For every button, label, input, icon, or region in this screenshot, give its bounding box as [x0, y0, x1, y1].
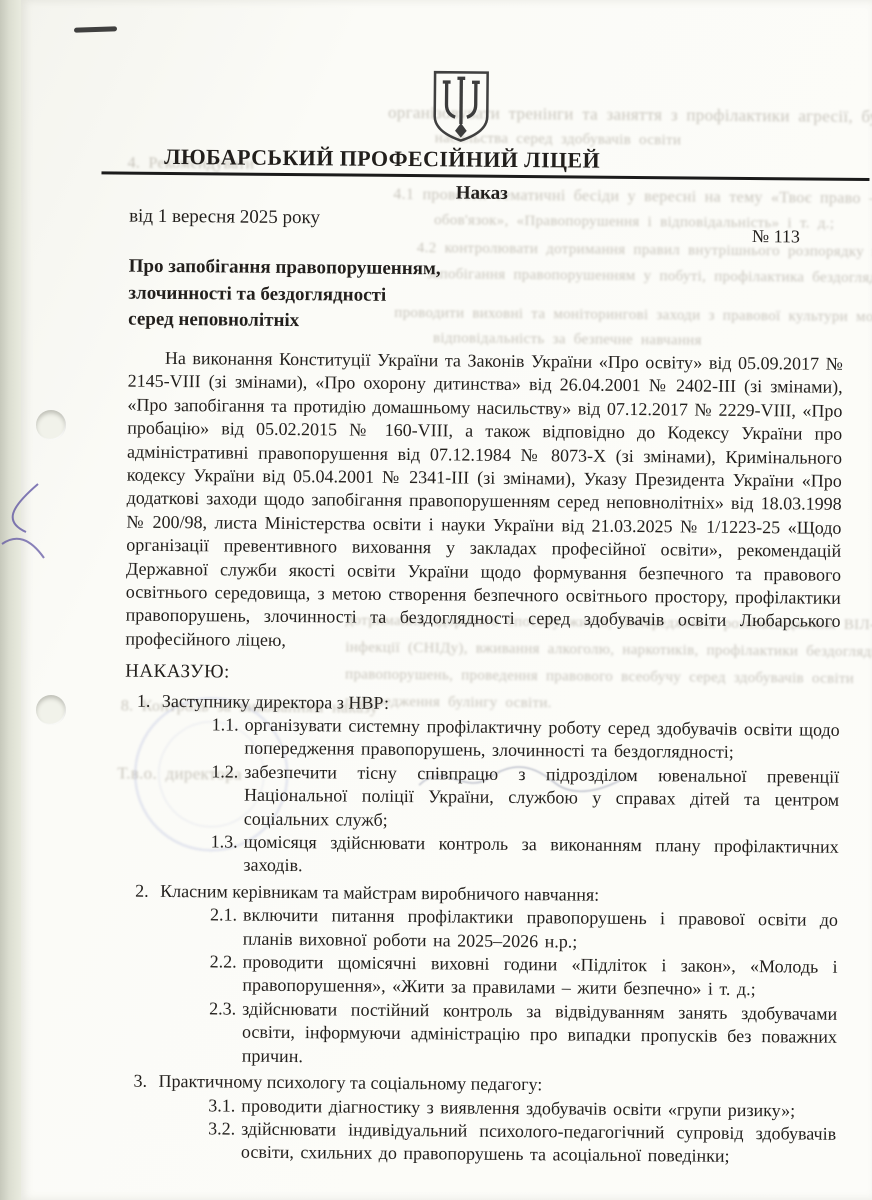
subitem-number: 2.3. — [209, 997, 242, 1021]
item-title: Заступнику директора з НВР: — [162, 691, 389, 713]
item-number: 1. — [137, 689, 162, 713]
date-row: від 1 вересня 2025 року № 113 — [129, 205, 844, 241]
doc-date: від 1 вересня 2025 року — [129, 206, 320, 229]
punch-hole-bottom — [36, 695, 66, 725]
subitem-number: 1.3. — [211, 830, 244, 854]
subitem-text: проводити щомісячні виховні години «Підл… — [242, 952, 837, 1000]
preamble-paragraph: На виконання Конституції України та Зако… — [125, 347, 843, 658]
subitem-text: здійснювати індивідуальний психолого-пед… — [241, 1119, 836, 1167]
punch-hole-top — [36, 410, 66, 440]
order-subitem: 2.3.здійснювати постійний контроль за ві… — [122, 996, 838, 1072]
subitem-text: організувати системну профілактичну робо… — [244, 715, 839, 763]
item-title: Класним керівникам та майстрам виробничо… — [160, 881, 599, 905]
order-subitem: 1.1.організувати системну профілактичну … — [124, 713, 839, 766]
item-title: Практичному психологу та соціальному пед… — [158, 1071, 542, 1094]
ukraine-trident-crest-icon — [428, 69, 493, 144]
item-number: 3. — [133, 1070, 158, 1094]
order-subitem: 3.2.здійснювати індивідуальний психолого… — [121, 1116, 836, 1169]
order-subitem: 1.2.забезпечити тісну співпрацю з підроз… — [124, 759, 840, 835]
institution-name: ЛЮБАРСЬКИЙ ПРОФЕСІЙНИЙ ЛІЦЕЙ — [25, 144, 740, 174]
order-list: 1.Заступнику директора з НВР: 1.1.органі… — [121, 689, 840, 1169]
doc-subject: Про запобігання правопорушенням, злочинн… — [128, 254, 844, 340]
subitem-number: 3.2. — [208, 1117, 241, 1141]
decree-word: НАКАЗУЮ: — [125, 660, 840, 690]
doc-type-title: Наказ — [119, 179, 844, 209]
subject-line: серед неповнолітніх — [128, 307, 843, 340]
subitem-number: 1.2. — [211, 760, 244, 784]
item-number: 2. — [135, 880, 160, 904]
subitem-number: 2.2. — [210, 950, 243, 974]
order-subitem: 2.2.проводити щомісячні виховні години «… — [122, 950, 837, 1003]
subitem-number: 1.1. — [212, 713, 245, 737]
subitem-text: забезпечити тісну співпрацю з підрозділо… — [244, 761, 840, 829]
subitem-text: здійснювати постійний контроль за відвід… — [242, 998, 838, 1065]
order-subitem: 1.3.щомісяця здійснювати контроль за вик… — [123, 830, 838, 883]
document-body: ЛЮБАРСЬКИЙ ПРОФЕСІЙНИЙ ЛІЦЕЙ Наказ від 1… — [121, 1, 846, 1170]
subitem-number: 2.1. — [210, 904, 243, 928]
doc-number: № 113 — [752, 225, 800, 249]
blue-ink-mark — [0, 478, 46, 578]
subitem-text: проводити діагностику з виявлення здобув… — [241, 1095, 795, 1120]
scanned-document: організовувати тренінги та заняття з про… — [0, 0, 872, 1200]
subitem-text: щомісяця здійснювати контроль за виконан… — [243, 832, 838, 876]
subitem-text: включити питання профілактики правопоруш… — [243, 905, 838, 951]
order-subitem: 2.1.включити питання профілактики правоп… — [123, 903, 838, 956]
subitem-number: 3.1. — [208, 1094, 241, 1118]
paper-sheet: організовувати тренінги та заняття з про… — [21, 0, 872, 1200]
